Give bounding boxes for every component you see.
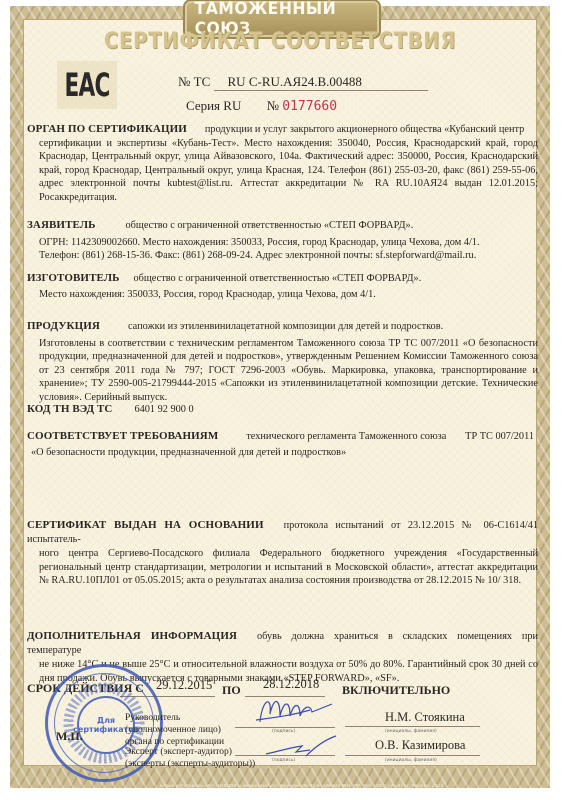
serial-label: № bbox=[267, 98, 279, 113]
expert-role: Эксперт (эксперт-аудитор) (эксперты (экс… bbox=[125, 746, 255, 770]
validity-from: 29.12.2015 bbox=[156, 678, 212, 693]
certificate-title: СЕРТИФИКАТ СООТВЕТСТВИЯ bbox=[42, 29, 517, 54]
section-applicant: ЗАЯВИТЕЛЬобщество с ограниченной ответст… bbox=[27, 219, 538, 263]
hs-code-label: КОД ТН ВЭД ТС bbox=[27, 403, 112, 415]
printer-note: Бланк изготовлен ЗАО «ОПЦИОН» www.opcion… bbox=[160, 784, 460, 789]
series-label: Серия bbox=[186, 98, 220, 113]
expert-name-caption: (инициалы, фамилия) bbox=[385, 758, 437, 763]
compliance-regulation-title: «О безопасности продукции, предназначенн… bbox=[27, 446, 538, 460]
registration-number: № ТС RU C-RU.АЯ24.В.00488 bbox=[178, 74, 428, 91]
series-value: RU bbox=[223, 98, 241, 113]
applicant-label: ЗАЯВИТЕЛЬ bbox=[27, 219, 96, 231]
section-compliance: СООТВЕТСТВУЕТ ТРЕБОВАНИЯМтехнического ре… bbox=[27, 430, 538, 459]
applicant-contacts: Телефон: (861) 268-15-36. Факс: (861) 26… bbox=[27, 249, 538, 263]
head-role: Руководитель (уполномоченное лицо) орган… bbox=[125, 712, 245, 748]
section-certification-body: ОРГАН ПО СЕРТИФИКАЦИИпродукции и услуг з… bbox=[27, 123, 538, 204]
expert-role-line-2: (эксперты (эксперты-аудиторы)) bbox=[125, 758, 255, 770]
serial-number: 0177660 bbox=[282, 99, 337, 114]
additional-info-label: ДОПОЛНИТЕЛЬНАЯ ИНФОРМАЦИЯ bbox=[27, 630, 237, 642]
product-name: сапожки из этиленвинилацетатной композиц… bbox=[128, 321, 443, 332]
expert-name: О.В. Казимирова bbox=[375, 738, 465, 753]
compliance-text: технического регламента Таможенного союз… bbox=[246, 431, 446, 442]
head-signature-icon bbox=[250, 690, 340, 730]
validity-inclusive: ВКЛЮЧИТЕЛЬНО bbox=[342, 683, 450, 698]
head-name: Н.М. Стоякина bbox=[385, 710, 465, 725]
manufacturer-label: ИЗГОТОВИТЕЛЬ bbox=[27, 272, 119, 284]
compliance-label: СООТВЕТСТВУЕТ ТРЕБОВАНИЯМ bbox=[27, 430, 218, 442]
stamp-text-1: Для bbox=[97, 716, 115, 725]
basis-label: СЕРТИФИКАТ ВЫДАН НА ОСНОВАНИИ bbox=[27, 519, 264, 531]
validity-to-label: ПО bbox=[222, 683, 241, 698]
applicant-name: общество с ограниченной ответственностью… bbox=[126, 220, 414, 231]
section-basis: СЕРТИФИКАТ ВЫДАН НА ОСНОВАНИИпротокола и… bbox=[27, 519, 538, 588]
expert-role-line-1: Эксперт (эксперт-аудитор) bbox=[125, 746, 255, 758]
product-label: ПРОДУКЦИЯ bbox=[27, 320, 100, 332]
head-name-caption: (инициалы, фамилия) bbox=[385, 729, 437, 734]
section-manufacturer: ИЗГОТОВИТЕЛЬобщество с ограниченной отве… bbox=[27, 272, 538, 301]
section-product: ПРОДУКЦИЯсапожки из этиленвинилацетатной… bbox=[27, 320, 538, 404]
series-line: Серия RU № 0177660 bbox=[186, 98, 337, 114]
stamp-place-label: М.П. bbox=[56, 729, 83, 744]
section-hs-code: КОД ТН ВЭД ТС6401 92 900 0 bbox=[27, 403, 538, 417]
expert-signature-caption: (подпись) bbox=[272, 758, 295, 763]
certificate-sheet: ТАМОЖЕННЫЙ СОЮЗ СЕРТИФИКАТ СООТВЕТСТВИЯ … bbox=[10, 6, 550, 788]
product-description: Изготовлены в соответствии с техническим… bbox=[27, 337, 538, 405]
manufacturer-name: общество с ограниченной ответственностью… bbox=[133, 273, 421, 284]
compliance-regulation: ТР ТС 007/2011 bbox=[465, 430, 534, 444]
basis-text: ного центра Сергиево-Посадского филиала … bbox=[27, 547, 538, 588]
eac-logo: ЕАС bbox=[57, 61, 117, 109]
hs-code-value: 6401 92 900 0 bbox=[134, 404, 193, 415]
certification-body-first-line: продукции и услуг закрытого акционерного… bbox=[205, 124, 524, 135]
eac-mark-icon: ЕАС bbox=[64, 66, 109, 104]
applicant-address: ОГРН: 1142309002660. Место нахождения: 3… bbox=[27, 236, 538, 250]
number-label: № ТС bbox=[178, 74, 210, 89]
number-value: RU C-RU.АЯ24.В.00488 bbox=[228, 74, 362, 89]
certification-body-text: сертификации и экспертизы «Кубань-Тест».… bbox=[27, 137, 538, 205]
manufacturer-address: Место нахождения: 350033, Россия, город … bbox=[27, 288, 538, 302]
certification-body-label: ОРГАН ПО СЕРТИФИКАЦИИ bbox=[27, 123, 187, 135]
